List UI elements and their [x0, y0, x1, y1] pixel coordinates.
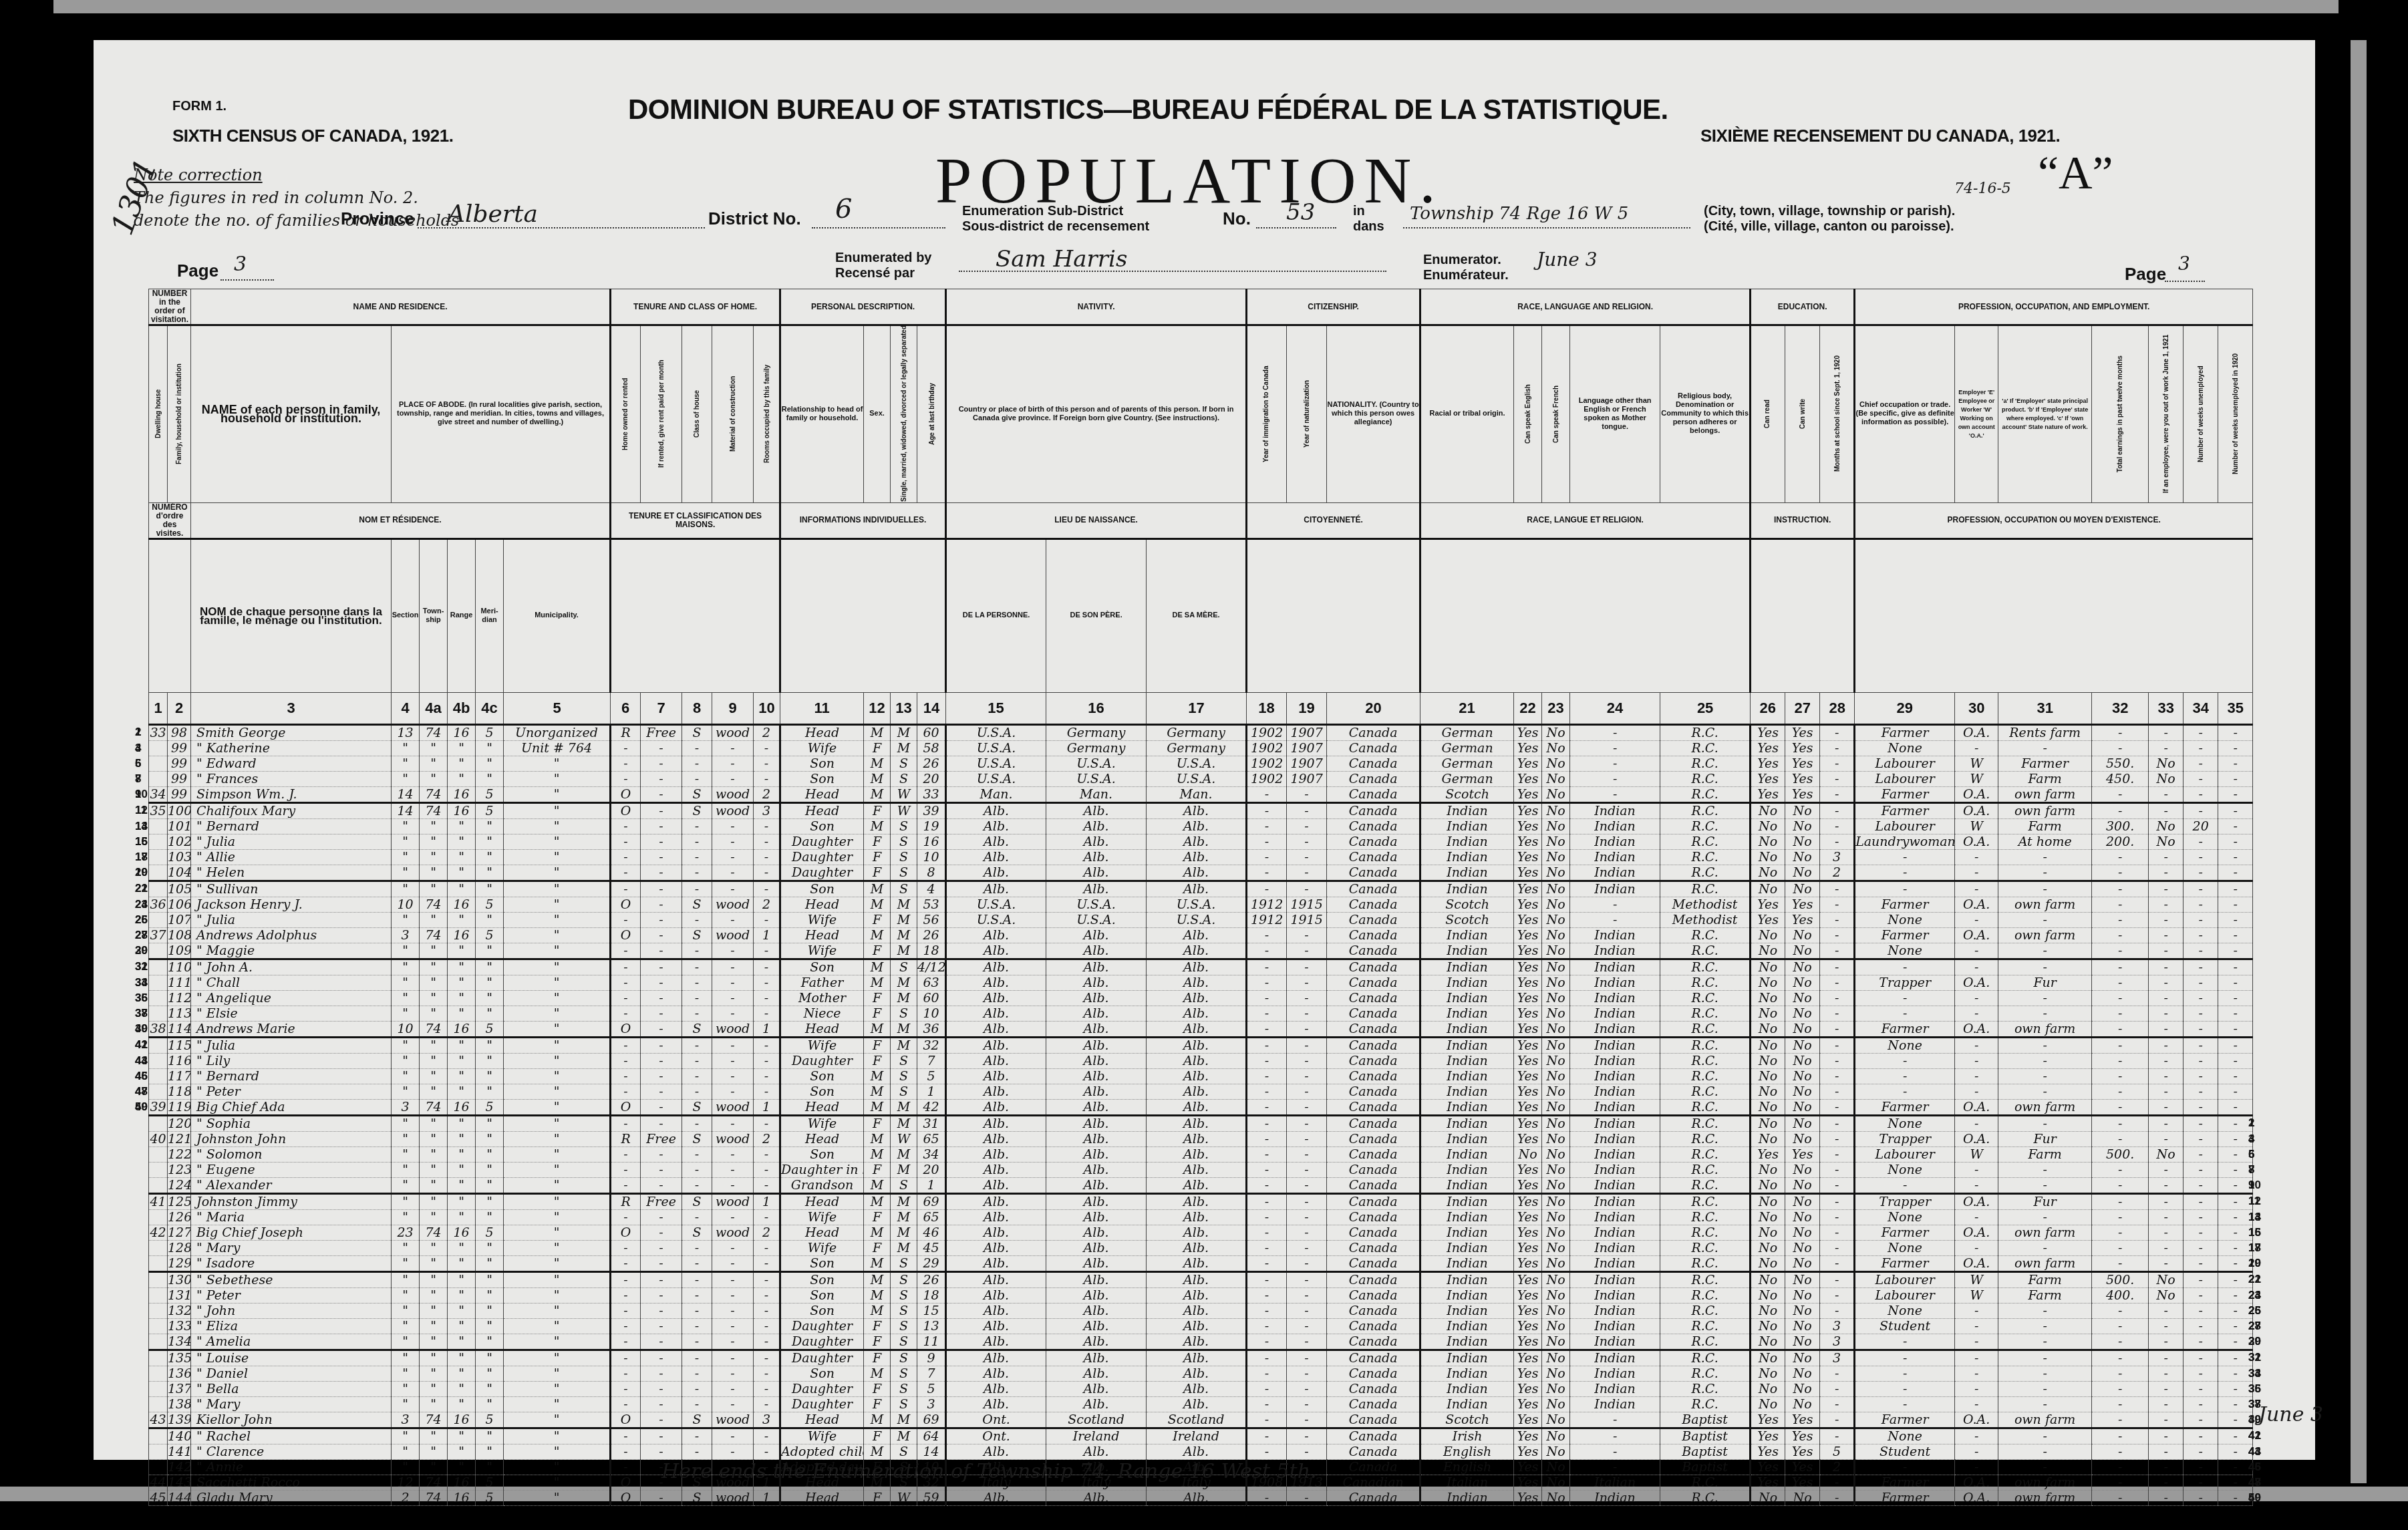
- weeks-unemployed-cell[interactable]: -: [2184, 865, 2218, 881]
- speaks-english-cell[interactable]: Yes: [1514, 1193, 1542, 1209]
- rent-paid-cell[interactable]: -: [641, 1177, 682, 1193]
- occupation-cell[interactable]: None: [1855, 912, 1955, 927]
- can-read-cell[interactable]: Yes: [1751, 786, 1785, 802]
- township-cell[interactable]: ": [420, 1444, 448, 1459]
- weeks-unemployed-cell[interactable]: -: [2184, 771, 2218, 786]
- can-read-cell[interactable]: No: [1751, 1366, 1785, 1381]
- dwelling-number-cell[interactable]: [149, 1459, 168, 1475]
- range-cell[interactable]: ": [448, 1193, 476, 1209]
- dwelling-number-cell[interactable]: [149, 1303, 168, 1318]
- rent-paid-cell[interactable]: -: [641, 927, 682, 943]
- person-name-cell[interactable]: " Peter: [191, 1287, 392, 1303]
- employer-worker-cell[interactable]: -: [1955, 1037, 1998, 1053]
- employer-worker-cell[interactable]: O.A.: [1955, 834, 1998, 849]
- speaks-french-cell[interactable]: No: [1542, 1271, 1570, 1287]
- owned-rented-cell[interactable]: O: [611, 1490, 641, 1505]
- birthplace-father-cell[interactable]: Alb.: [1046, 802, 1147, 818]
- relationship-cell[interactable]: Son: [780, 959, 864, 975]
- birthplace-person-cell[interactable]: Alb.: [946, 1162, 1046, 1177]
- marital-status-cell[interactable]: S: [891, 1444, 917, 1459]
- rooms-cell[interactable]: 2: [754, 1131, 780, 1146]
- sex-cell[interactable]: M: [864, 1366, 891, 1381]
- township-cell[interactable]: ": [420, 1053, 448, 1068]
- out-of-work-cell[interactable]: -: [2149, 975, 2184, 990]
- can-write-cell[interactable]: No: [1785, 834, 1820, 849]
- material-cell[interactable]: wood: [712, 802, 754, 818]
- house-class-cell[interactable]: -: [682, 1162, 712, 1177]
- mother-tongue-cell[interactable]: Indian: [1570, 802, 1660, 818]
- age-cell[interactable]: 63: [917, 975, 946, 990]
- mother-tongue-cell[interactable]: Indian: [1570, 1366, 1660, 1381]
- religion-cell[interactable]: R.C.: [1660, 1366, 1751, 1381]
- birthplace-person-cell[interactable]: Alb.: [946, 881, 1046, 897]
- naturalization-year-cell[interactable]: -: [1287, 1366, 1327, 1381]
- birthplace-person-cell[interactable]: Alb.: [946, 1271, 1046, 1287]
- weeks-unemployed-1920-cell[interactable]: -: [2218, 802, 2253, 818]
- birthplace-father-cell[interactable]: Alb.: [1046, 959, 1147, 975]
- racial-origin-cell[interactable]: Indian: [1420, 959, 1514, 975]
- speaks-french-cell[interactable]: No: [1542, 1412, 1570, 1428]
- sex-cell[interactable]: F: [864, 865, 891, 881]
- employer-worker-cell[interactable]: -: [1955, 1350, 1998, 1366]
- work-nature-cell[interactable]: -: [1998, 849, 2092, 865]
- months-school-cell[interactable]: -: [1820, 912, 1855, 927]
- material-cell[interactable]: wood: [712, 1193, 754, 1209]
- mother-tongue-cell[interactable]: -: [1570, 912, 1660, 927]
- municipality-cell[interactable]: ": [504, 1084, 611, 1099]
- naturalization-year-cell[interactable]: -: [1287, 1021, 1327, 1037]
- employer-worker-cell[interactable]: -: [1955, 1209, 1998, 1225]
- weeks-unemployed-1920-cell[interactable]: -: [2218, 912, 2253, 927]
- relationship-cell[interactable]: Wife: [780, 912, 864, 927]
- family-number-cell[interactable]: 122: [168, 1146, 191, 1162]
- earnings-cell[interactable]: -: [2092, 1084, 2149, 1099]
- municipality-cell[interactable]: ": [504, 1475, 611, 1490]
- can-read-cell[interactable]: No: [1751, 1209, 1785, 1225]
- weeks-unemployed-cell[interactable]: -: [2184, 1021, 2218, 1037]
- owned-rented-cell[interactable]: -: [611, 1459, 641, 1475]
- nationality-cell[interactable]: Canada: [1327, 1303, 1420, 1318]
- occupation-cell[interactable]: None: [1855, 1428, 1955, 1444]
- marital-status-cell[interactable]: S: [891, 1381, 917, 1396]
- work-nature-cell[interactable]: own farm: [1998, 786, 2092, 802]
- rent-paid-cell[interactable]: -: [641, 1053, 682, 1068]
- house-class-cell[interactable]: -: [682, 1115, 712, 1131]
- birthplace-mother-cell[interactable]: Alb.: [1147, 943, 1247, 959]
- work-nature-cell[interactable]: own farm: [1998, 1412, 2092, 1428]
- earnings-cell[interactable]: 450.: [2092, 771, 2149, 786]
- earnings-cell[interactable]: -: [2092, 1021, 2149, 1037]
- sub-no-value[interactable]: 53: [1286, 199, 1315, 226]
- birthplace-mother-cell[interactable]: Alb.: [1147, 1318, 1247, 1334]
- can-read-cell[interactable]: Yes: [1751, 756, 1785, 771]
- occupation-cell[interactable]: Farmer: [1855, 802, 1955, 818]
- owned-rented-cell[interactable]: -: [611, 1053, 641, 1068]
- out-of-work-cell[interactable]: -: [2149, 927, 2184, 943]
- family-number-cell[interactable]: 110: [168, 959, 191, 975]
- weeks-unemployed-cell[interactable]: -: [2184, 975, 2218, 990]
- employer-worker-cell[interactable]: O.A.: [1955, 1099, 1998, 1115]
- racial-origin-cell[interactable]: English: [1420, 1444, 1514, 1459]
- can-read-cell[interactable]: No: [1751, 1271, 1785, 1287]
- relationship-cell[interactable]: Son: [780, 1068, 864, 1084]
- township-cell[interactable]: ": [420, 1428, 448, 1444]
- range-cell[interactable]: ": [448, 1444, 476, 1459]
- religion-cell[interactable]: R.C.: [1660, 1131, 1751, 1146]
- earnings-cell[interactable]: -: [2092, 897, 2149, 912]
- material-cell[interactable]: -: [712, 1115, 754, 1131]
- owned-rented-cell[interactable]: -: [611, 912, 641, 927]
- religion-cell[interactable]: R.C.: [1660, 1350, 1751, 1366]
- nationality-cell[interactable]: Canada: [1327, 1490, 1420, 1505]
- rooms-cell[interactable]: -: [754, 771, 780, 786]
- township-cell[interactable]: ": [420, 834, 448, 849]
- age-cell[interactable]: 1: [917, 1177, 946, 1193]
- relationship-cell[interactable]: Head: [780, 1225, 864, 1240]
- owned-rented-cell[interactable]: O: [611, 1099, 641, 1115]
- marital-status-cell[interactable]: M: [891, 975, 917, 990]
- age-cell[interactable]: 65: [917, 1131, 946, 1146]
- racial-origin-cell[interactable]: Indian: [1420, 1115, 1514, 1131]
- religion-cell[interactable]: R.C.: [1660, 1193, 1751, 1209]
- employer-worker-cell[interactable]: O.A.: [1955, 975, 1998, 990]
- occupation-cell[interactable]: -: [1855, 959, 1955, 975]
- municipality-cell[interactable]: Unorganized: [504, 724, 611, 740]
- mother-tongue-cell[interactable]: -: [1570, 1412, 1660, 1428]
- naturalization-year-cell[interactable]: -: [1287, 802, 1327, 818]
- range-cell[interactable]: ": [448, 912, 476, 927]
- immigration-year-cell[interactable]: -: [1247, 1381, 1287, 1396]
- earnings-cell[interactable]: -: [2092, 1334, 2149, 1350]
- months-school-cell[interactable]: -: [1820, 959, 1855, 975]
- township-cell[interactable]: ": [420, 1287, 448, 1303]
- can-write-cell[interactable]: No: [1785, 1099, 1820, 1115]
- rooms-cell[interactable]: -: [754, 1396, 780, 1412]
- house-class-cell[interactable]: -: [682, 1006, 712, 1021]
- birthplace-person-cell[interactable]: Alb.: [946, 818, 1046, 834]
- rent-paid-cell[interactable]: -: [641, 1099, 682, 1115]
- nationality-cell[interactable]: Canada: [1327, 1350, 1420, 1366]
- speaks-english-cell[interactable]: Yes: [1514, 1350, 1542, 1366]
- out-of-work-cell[interactable]: -: [2149, 990, 2184, 1006]
- occupation-cell[interactable]: -: [1855, 1334, 1955, 1350]
- house-class-cell[interactable]: S: [682, 927, 712, 943]
- age-cell[interactable]: 9: [917, 1350, 946, 1366]
- section-cell[interactable]: 3: [392, 927, 420, 943]
- earnings-cell[interactable]: -: [2092, 1475, 2149, 1490]
- birthplace-father-cell[interactable]: Alb.: [1046, 927, 1147, 943]
- marital-status-cell[interactable]: S: [891, 1084, 917, 1099]
- employer-worker-cell[interactable]: O.A.: [1955, 786, 1998, 802]
- birthplace-mother-cell[interactable]: Alb.: [1147, 849, 1247, 865]
- person-name-cell[interactable]: " Alexander: [191, 1177, 392, 1193]
- birthplace-mother-cell[interactable]: Alb.: [1147, 1225, 1247, 1240]
- age-cell[interactable]: 53: [917, 897, 946, 912]
- section-cell[interactable]: ": [392, 1318, 420, 1334]
- family-number-cell[interactable]: 112: [168, 990, 191, 1006]
- speaks-french-cell[interactable]: No: [1542, 740, 1570, 756]
- can-write-cell[interactable]: No: [1785, 881, 1820, 897]
- weeks-unemployed-cell[interactable]: -: [2184, 881, 2218, 897]
- sex-cell[interactable]: M: [864, 959, 891, 975]
- birthplace-mother-cell[interactable]: Alb.: [1147, 1068, 1247, 1084]
- birthplace-father-cell[interactable]: Alb.: [1046, 849, 1147, 865]
- township-cell[interactable]: 74: [420, 1490, 448, 1505]
- material-cell[interactable]: -: [712, 1303, 754, 1318]
- rent-paid-cell[interactable]: -: [641, 1350, 682, 1366]
- owned-rented-cell[interactable]: O: [611, 802, 641, 818]
- meridian-cell[interactable]: ": [476, 990, 504, 1006]
- sex-cell[interactable]: M: [864, 724, 891, 740]
- mother-tongue-cell[interactable]: Indian: [1570, 1303, 1660, 1318]
- weeks-unemployed-1920-cell[interactable]: -: [2218, 1318, 2253, 1334]
- sex-cell[interactable]: F: [864, 1490, 891, 1505]
- weeks-unemployed-cell[interactable]: -: [2184, 1084, 2218, 1099]
- house-class-cell[interactable]: S: [682, 1193, 712, 1209]
- meridian-cell[interactable]: ": [476, 1240, 504, 1255]
- weeks-unemployed-cell[interactable]: -: [2184, 1350, 2218, 1366]
- owned-rented-cell[interactable]: -: [611, 943, 641, 959]
- rent-paid-cell[interactable]: -: [641, 802, 682, 818]
- sex-cell[interactable]: M: [864, 1099, 891, 1115]
- material-cell[interactable]: -: [712, 1350, 754, 1366]
- birthplace-mother-cell[interactable]: U.S.A.: [1147, 897, 1247, 912]
- naturalization-year-cell[interactable]: 1907: [1287, 771, 1327, 786]
- occupation-cell[interactable]: Farmer: [1855, 927, 1955, 943]
- person-name-cell[interactable]: " Julia: [191, 1037, 392, 1053]
- can-read-cell[interactable]: No: [1751, 834, 1785, 849]
- dwelling-number-cell[interactable]: [149, 1240, 168, 1255]
- birthplace-father-cell[interactable]: Alb.: [1046, 1115, 1147, 1131]
- naturalization-year-cell[interactable]: 1915: [1287, 912, 1327, 927]
- birthplace-mother-cell[interactable]: Alb.: [1147, 881, 1247, 897]
- racial-origin-cell[interactable]: Indian: [1420, 927, 1514, 943]
- birthplace-mother-cell[interactable]: Alb.: [1147, 802, 1247, 818]
- rooms-cell[interactable]: -: [754, 975, 780, 990]
- racial-origin-cell[interactable]: Indian: [1420, 1225, 1514, 1240]
- employer-worker-cell[interactable]: W: [1955, 1271, 1998, 1287]
- meridian-cell[interactable]: ": [476, 1084, 504, 1099]
- can-read-cell[interactable]: Yes: [1751, 740, 1785, 756]
- immigration-year-cell[interactable]: -: [1247, 1396, 1287, 1412]
- marital-status-cell[interactable]: S: [891, 1350, 917, 1366]
- mother-tongue-cell[interactable]: Indian: [1570, 1053, 1660, 1068]
- relationship-cell[interactable]: Father: [780, 975, 864, 990]
- meridian-cell[interactable]: 5: [476, 1490, 504, 1505]
- birthplace-mother-cell[interactable]: Alb.: [1147, 1006, 1247, 1021]
- rent-paid-cell[interactable]: -: [641, 1255, 682, 1271]
- family-number-cell[interactable]: 137: [168, 1381, 191, 1396]
- birthplace-person-cell[interactable]: Alb.: [946, 1381, 1046, 1396]
- can-read-cell[interactable]: No: [1751, 1115, 1785, 1131]
- dwelling-number-cell[interactable]: [149, 975, 168, 990]
- can-read-cell[interactable]: Yes: [1751, 1459, 1785, 1475]
- section-cell[interactable]: ": [392, 959, 420, 975]
- age-cell[interactable]: 32: [917, 1037, 946, 1053]
- birthplace-father-cell[interactable]: Alb.: [1046, 834, 1147, 849]
- section-cell[interactable]: 12: [392, 1475, 420, 1490]
- family-number-cell[interactable]: 100: [168, 802, 191, 818]
- person-name-cell[interactable]: Andrews Adolphus: [191, 927, 392, 943]
- sex-cell[interactable]: F: [864, 1318, 891, 1334]
- material-cell[interactable]: -: [712, 1287, 754, 1303]
- house-class-cell[interactable]: -: [682, 912, 712, 927]
- municipality-cell[interactable]: ": [504, 802, 611, 818]
- dwelling-number-cell[interactable]: [149, 1255, 168, 1271]
- mother-tongue-cell[interactable]: Indian: [1570, 1037, 1660, 1053]
- rent-paid-cell[interactable]: -: [641, 1412, 682, 1428]
- work-nature-cell[interactable]: Farm: [1998, 1271, 2092, 1287]
- naturalization-year-cell[interactable]: -: [1287, 818, 1327, 834]
- naturalization-year-cell[interactable]: -: [1287, 1084, 1327, 1099]
- house-class-cell[interactable]: -: [682, 1177, 712, 1193]
- work-nature-cell[interactable]: own farm: [1998, 927, 2092, 943]
- rent-paid-cell[interactable]: Free: [641, 1193, 682, 1209]
- birthplace-person-cell[interactable]: Alb.: [946, 1193, 1046, 1209]
- birthplace-father-cell[interactable]: U.S.A.: [1046, 771, 1147, 786]
- earnings-cell[interactable]: -: [2092, 1193, 2149, 1209]
- family-number-cell[interactable]: 106: [168, 897, 191, 912]
- out-of-work-cell[interactable]: -: [2149, 912, 2184, 927]
- immigration-year-cell[interactable]: -: [1247, 881, 1287, 897]
- rooms-cell[interactable]: -: [754, 1366, 780, 1381]
- birthplace-father-cell[interactable]: Alb.: [1046, 1131, 1147, 1146]
- speaks-english-cell[interactable]: Yes: [1514, 1381, 1542, 1396]
- can-write-cell[interactable]: No: [1785, 990, 1820, 1006]
- naturalization-year-cell[interactable]: -: [1287, 1131, 1327, 1146]
- naturalization-year-cell[interactable]: -: [1287, 1115, 1327, 1131]
- range-cell[interactable]: ": [448, 1006, 476, 1021]
- birthplace-mother-cell[interactable]: Germany: [1147, 740, 1247, 756]
- employer-worker-cell[interactable]: -: [1955, 1303, 1998, 1318]
- dwelling-number-cell[interactable]: 42: [149, 1225, 168, 1240]
- age-cell[interactable]: 45: [917, 1240, 946, 1255]
- municipality-cell[interactable]: ": [504, 897, 611, 912]
- house-class-cell[interactable]: -: [682, 943, 712, 959]
- section-cell[interactable]: ": [392, 1006, 420, 1021]
- earnings-cell[interactable]: -: [2092, 1318, 2149, 1334]
- material-cell[interactable]: -: [712, 1255, 754, 1271]
- owned-rented-cell[interactable]: -: [611, 1006, 641, 1021]
- rooms-cell[interactable]: 3: [754, 802, 780, 818]
- township-cell[interactable]: ": [420, 740, 448, 756]
- owned-rented-cell[interactable]: -: [611, 1381, 641, 1396]
- earnings-cell[interactable]: -: [2092, 1366, 2149, 1381]
- earnings-cell[interactable]: -: [2092, 1428, 2149, 1444]
- earnings-cell[interactable]: -: [2092, 1240, 2149, 1255]
- section-cell[interactable]: ": [392, 943, 420, 959]
- person-name-cell[interactable]: Jackson Henry J.: [191, 897, 392, 912]
- earnings-cell[interactable]: -: [2092, 1037, 2149, 1053]
- months-school-cell[interactable]: -: [1820, 786, 1855, 802]
- weeks-unemployed-cell[interactable]: -: [2184, 1099, 2218, 1115]
- age-cell[interactable]: 19: [917, 818, 946, 834]
- weeks-unemployed-1920-cell[interactable]: -: [2218, 1459, 2253, 1475]
- religion-cell[interactable]: R.C.: [1660, 1318, 1751, 1334]
- birthplace-mother-cell[interactable]: Alb.: [1147, 1287, 1247, 1303]
- rooms-cell[interactable]: -: [754, 1255, 780, 1271]
- section-cell[interactable]: ": [392, 912, 420, 927]
- municipality-cell[interactable]: ": [504, 881, 611, 897]
- can-write-cell[interactable]: No: [1785, 1115, 1820, 1131]
- rooms-cell[interactable]: 1: [754, 1490, 780, 1505]
- rooms-cell[interactable]: -: [754, 912, 780, 927]
- religion-cell[interactable]: R.C.: [1660, 771, 1751, 786]
- sex-cell[interactable]: F: [864, 990, 891, 1006]
- sex-cell[interactable]: M: [864, 897, 891, 912]
- person-name-cell[interactable]: Andrews Marie: [191, 1021, 392, 1037]
- racial-origin-cell[interactable]: Indian: [1420, 1271, 1514, 1287]
- speaks-french-cell[interactable]: No: [1542, 1131, 1570, 1146]
- out-of-work-cell[interactable]: -: [2149, 1162, 2184, 1177]
- weeks-unemployed-cell[interactable]: -: [2184, 990, 2218, 1006]
- immigration-year-cell[interactable]: -: [1247, 1303, 1287, 1318]
- material-cell[interactable]: -: [712, 1162, 754, 1177]
- out-of-work-cell[interactable]: No: [2149, 818, 2184, 834]
- material-cell[interactable]: -: [712, 959, 754, 975]
- racial-origin-cell[interactable]: German: [1420, 724, 1514, 740]
- racial-origin-cell[interactable]: German: [1420, 756, 1514, 771]
- immigration-year-cell[interactable]: -: [1247, 1334, 1287, 1350]
- months-school-cell[interactable]: -: [1820, 1396, 1855, 1412]
- immigration-year-cell[interactable]: -: [1247, 1287, 1287, 1303]
- township-cell[interactable]: ": [420, 1131, 448, 1146]
- rent-paid-cell[interactable]: -: [641, 1428, 682, 1444]
- birthplace-person-cell[interactable]: Alb.: [946, 1068, 1046, 1084]
- marital-status-cell[interactable]: S: [891, 1271, 917, 1287]
- material-cell[interactable]: wood: [712, 927, 754, 943]
- relationship-cell[interactable]: Wife: [780, 1037, 864, 1053]
- age-cell[interactable]: 14: [917, 1444, 946, 1459]
- range-cell[interactable]: 16: [448, 724, 476, 740]
- naturalization-year-cell[interactable]: -: [1287, 1444, 1327, 1459]
- mother-tongue-cell[interactable]: Indian: [1570, 818, 1660, 834]
- house-class-cell[interactable]: -: [682, 1240, 712, 1255]
- rooms-cell[interactable]: -: [754, 1350, 780, 1366]
- weeks-unemployed-cell[interactable]: -: [2184, 849, 2218, 865]
- out-of-work-cell[interactable]: No: [2149, 1146, 2184, 1162]
- weeks-unemployed-cell[interactable]: -: [2184, 943, 2218, 959]
- naturalization-year-cell[interactable]: -: [1287, 927, 1327, 943]
- rent-paid-cell[interactable]: -: [641, 818, 682, 834]
- naturalization-year-cell[interactable]: -: [1287, 1271, 1327, 1287]
- months-school-cell[interactable]: -: [1820, 881, 1855, 897]
- can-write-cell[interactable]: No: [1785, 1490, 1820, 1505]
- immigration-year-cell[interactable]: -: [1247, 1162, 1287, 1177]
- racial-origin-cell[interactable]: Indian: [1420, 1193, 1514, 1209]
- material-cell[interactable]: -: [712, 771, 754, 786]
- earnings-cell[interactable]: -: [2092, 865, 2149, 881]
- out-of-work-cell[interactable]: No: [2149, 1287, 2184, 1303]
- can-write-cell[interactable]: No: [1785, 1303, 1820, 1318]
- speaks-french-cell[interactable]: No: [1542, 959, 1570, 975]
- birthplace-mother-cell[interactable]: Alb.: [1147, 1193, 1247, 1209]
- meridian-cell[interactable]: ": [476, 1255, 504, 1271]
- immigration-year-cell[interactable]: -: [1247, 1428, 1287, 1444]
- material-cell[interactable]: -: [712, 912, 754, 927]
- age-cell[interactable]: 60: [917, 724, 946, 740]
- nationality-cell[interactable]: Canada: [1327, 756, 1420, 771]
- municipality-cell[interactable]: ": [504, 975, 611, 990]
- dwelling-number-cell[interactable]: [149, 1146, 168, 1162]
- employer-worker-cell[interactable]: -: [1955, 1053, 1998, 1068]
- can-write-cell[interactable]: Yes: [1785, 740, 1820, 756]
- work-nature-cell[interactable]: -: [1998, 1334, 2092, 1350]
- speaks-english-cell[interactable]: Yes: [1514, 1271, 1542, 1287]
- rooms-cell[interactable]: -: [754, 1209, 780, 1225]
- speaks-french-cell[interactable]: No: [1542, 1428, 1570, 1444]
- house-class-cell[interactable]: -: [682, 1366, 712, 1381]
